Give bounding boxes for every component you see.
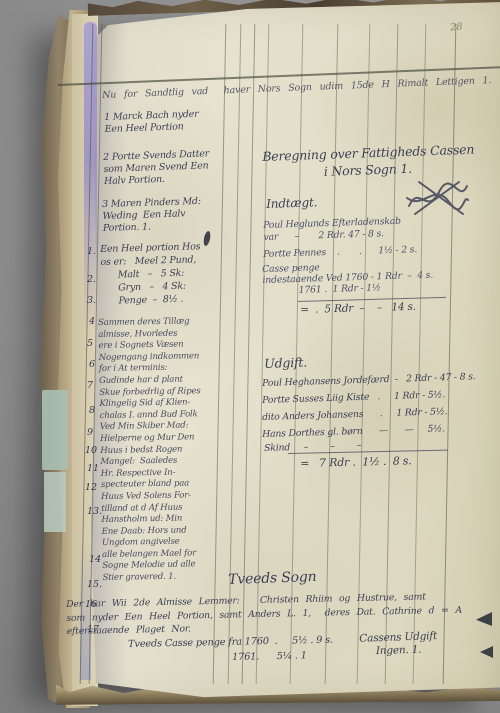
income-row-1: Poul Heglunds Efterladenskab var – 2 Rdr… <box>263 216 401 244</box>
expense-sum: = 7 Rdr . 1½ . 8 s. <box>300 454 412 470</box>
bottom-section-title: Tveeds Sogn <box>228 569 317 590</box>
margin-number: 13. <box>87 506 102 517</box>
margin-number: 5 <box>87 338 93 349</box>
crossed-out-scribble <box>405 176 469 220</box>
repair-tape-patch <box>42 390 68 470</box>
margin-number: 8 <box>89 405 95 416</box>
margin-number: 12 <box>85 482 97 493</box>
margin-number: 3. <box>87 295 96 306</box>
margin-number: 1. <box>87 246 96 257</box>
margin-number: 4 <box>89 316 95 327</box>
margin-number: 15. <box>87 579 102 590</box>
manuscript-photo: 28 Nu for Sandtlig vad haver Nors Sogn u… <box>0 0 500 713</box>
repair-tape-patch-lower <box>44 472 66 532</box>
margin-number: 2. <box>87 274 96 285</box>
margin-number: 6 <box>89 359 95 370</box>
left-ration-block: Een Heel portion Hos os er: Meel 2 Pund,… <box>100 240 202 308</box>
margin-number: 9 <box>87 427 93 438</box>
income-heading: Indtægt. <box>266 195 317 212</box>
margin-number: 10 <box>85 445 97 456</box>
bottom-cash-line-1761: 1761. 5¼ . 1 <box>232 650 307 664</box>
page-number: 28 <box>450 22 463 34</box>
expense-heading: Udgift. <box>264 355 307 372</box>
margin-number: 11 <box>87 463 99 474</box>
bottom-right-note: Cassens Udgift Ingen. 1. <box>352 630 445 659</box>
left-entry-2: 2 Portte Svends Datter som Maren Svend E… <box>103 148 210 187</box>
left-entry-3: 3 Maren Pinders Md: Weding Een Halv Port… <box>102 196 202 235</box>
margin-number: 14 <box>89 554 101 565</box>
left-paragraph: Sammen deres Tillæg almisse, Hvorledes e… <box>98 316 204 584</box>
left-entry-1: 1 Marck Bach nyder Een Heel Portion <box>104 109 199 136</box>
margin-number: 7 <box>87 380 93 391</box>
income-row-3: Casse penge indestaaende Ved 1760 - 1 Rd… <box>262 259 434 297</box>
